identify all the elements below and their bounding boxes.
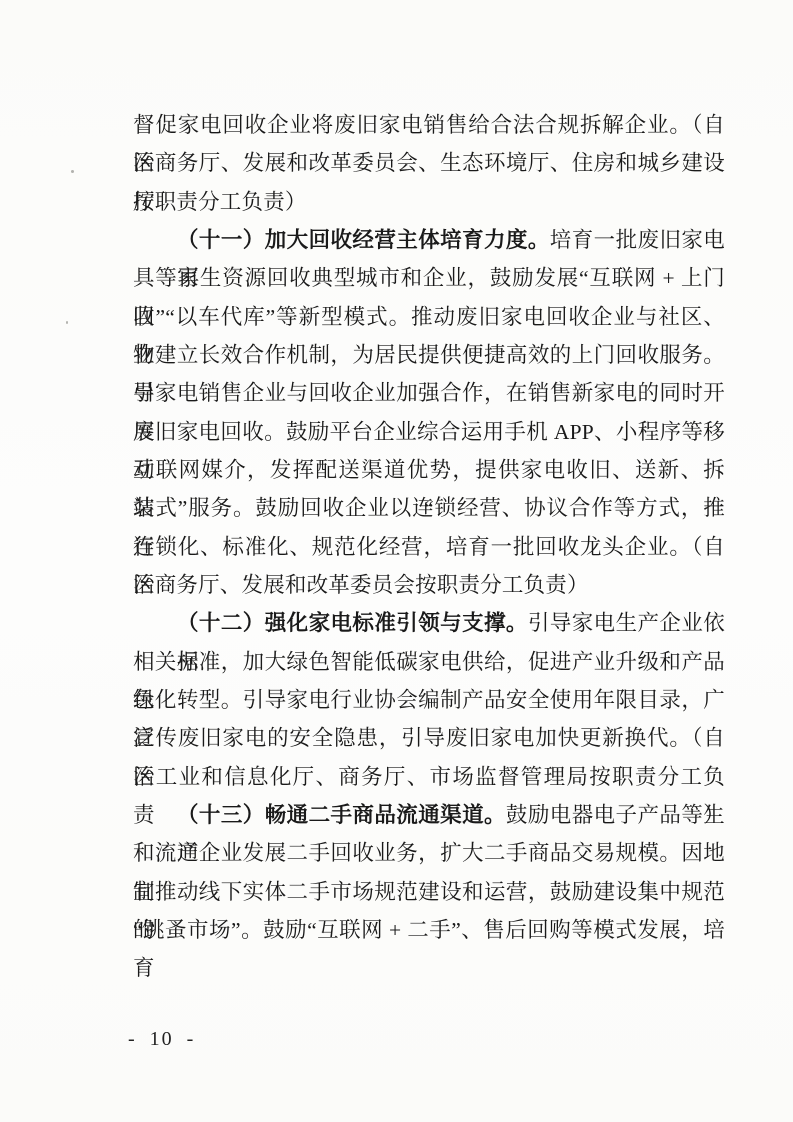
text-line: 和流通企业发展二手回收业务，扩大二手商品交易规模。因地制 <box>133 834 725 872</box>
paragraph-heading: （十二）强化家电标准引领与支撑。 <box>177 611 528 635</box>
line-text: 按职责分工负责） <box>133 190 307 214</box>
text-line: 废旧家电回收。鼓励平台企业综合运用手机 APP、小程序等移动 <box>133 413 725 451</box>
scan-speck <box>66 321 68 324</box>
text-line: 宜推动线下实体二手市场规范建设和运营，鼓励建设集中规范的 <box>133 873 725 911</box>
text-line: （十一）加大回收经营主体培育力度。培育一批废旧家电家 <box>133 221 725 259</box>
text-line: 区商务厅、发展和改革委员会、生态环境厅、住房和城乡建设厅 <box>133 144 725 182</box>
page-number: - 10 - <box>128 1028 195 1051</box>
text-line: 色化转型。引导家电行业协会编制产品安全使用年限目录，广泛 <box>133 681 725 719</box>
text-line: 收”“以车代库”等新型模式。推动废旧家电回收企业与社区、物 <box>133 298 725 336</box>
line-text: 区商务厅、发展和改革委员会按职责分工负责） <box>133 573 589 597</box>
text-line: 互联网媒介，发挥配送渠道优势，提供家电收旧、送新、拆装“一 <box>133 451 725 489</box>
paragraph-heading: （十三）畅通二手商品流通渠道。 <box>177 803 506 827</box>
text-line: 连锁化、标准化、规范化经营，培育一批回收龙头企业。（自治 <box>133 528 725 566</box>
scanned-page: 督促家电回收企业将废旧家电销售给合法合规拆解企业。（自治区商务厅、发展和改革委员… <box>0 0 793 1122</box>
text-line: 业建立长效合作机制，为居民提供便捷高效的上门回收服务。引 <box>133 336 725 374</box>
text-line: 具等再生资源回收典型城市和企业，鼓励发展“互联网 + 上门回 <box>133 259 725 297</box>
text-line: 宣传废旧家电的安全隐患，引导废旧家电加快更新换代。（自治 <box>133 719 725 757</box>
text-line: “跳蚤市场”。鼓励“互联网 + 二手”、售后回购等模式发展，培育 <box>133 911 725 949</box>
text-line: 区商务厅、发展和改革委员会按职责分工负责） <box>133 566 725 604</box>
text-line: 区工业和信息化厅、商务厅、市场监督管理局按职责分工负责） <box>133 758 725 796</box>
text-line: 导家电销售企业与回收企业加强合作，在销售新家电的同时开展 <box>133 374 725 412</box>
scan-speck <box>71 170 74 173</box>
text-line: 相关标准，加大绿色智能低碳家电供给，促进产业升级和产品绿 <box>133 643 725 681</box>
text-line: 站式”服务。鼓励回收企业以连锁经营、协议合作等方式，推行 <box>133 489 725 527</box>
line-text: “跳蚤市场”。鼓励“互联网 + 二手”、售后回购等模式发展，培育 <box>133 918 725 980</box>
text-line: 督促家电回收企业将废旧家电销售给合法合规拆解企业。（自治 <box>133 106 725 144</box>
document-body: 督促家电回收企业将废旧家电销售给合法合规拆解企业。（自治区商务厅、发展和改革委员… <box>133 106 725 949</box>
paragraph-heading: （十一）加大回收经营主体培育力度。 <box>177 228 550 252</box>
text-line: （十二）强化家电标准引领与支撑。引导家电生产企业依据 <box>133 604 725 642</box>
text-line: 按职责分工负责） <box>133 183 725 221</box>
text-line: （十三）畅通二手商品流通渠道。鼓励电器电子产品等生产 <box>133 796 725 834</box>
